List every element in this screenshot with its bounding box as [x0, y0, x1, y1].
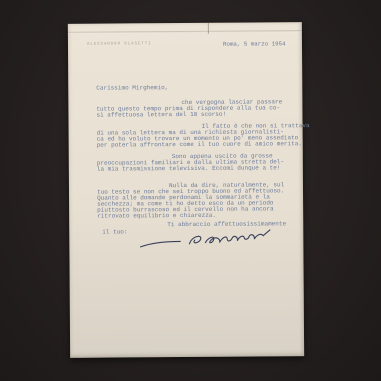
letterhead: Alessandro Blasetti — [87, 42, 152, 46]
dateline: Roma, 5 marzo 1954 — [223, 40, 286, 47]
fold-crease-vertical — [208, 23, 209, 34]
letter-line: sì affettuosa lettera del 18 scorso! — [96, 111, 300, 118]
letter-paper: Alessandro Blasetti Roma, 5 marzo 1954 C… — [68, 22, 304, 358]
letter-line: per poterla affrontare come il tuo cuore… — [97, 141, 301, 148]
letter-body: Carissimo Mirghemio, che vergogna lascia… — [96, 84, 301, 235]
paragraph: Sono appena uscito da grosse preoccupazi… — [97, 153, 301, 172]
fold-crease-horizontal — [68, 30, 302, 34]
paragraph: Il fatto è che non si trattava di una so… — [97, 123, 301, 148]
paragraph: che vergogna lasciar passare tutto quest… — [96, 99, 300, 118]
paragraph: Nulla da dire, naturalmente, sul tuo tes… — [97, 182, 301, 219]
salutation: Carissimo Mirghemio, — [96, 84, 300, 91]
photo-background: Alessandro Blasetti Roma, 5 marzo 1954 C… — [0, 0, 381, 381]
letter-line: la mia trasmissione televisiva. Eccomi d… — [97, 165, 301, 172]
letter-line: ritrovato equilibrio e chiarezza. — [97, 212, 301, 219]
signature-ink — [137, 224, 290, 260]
